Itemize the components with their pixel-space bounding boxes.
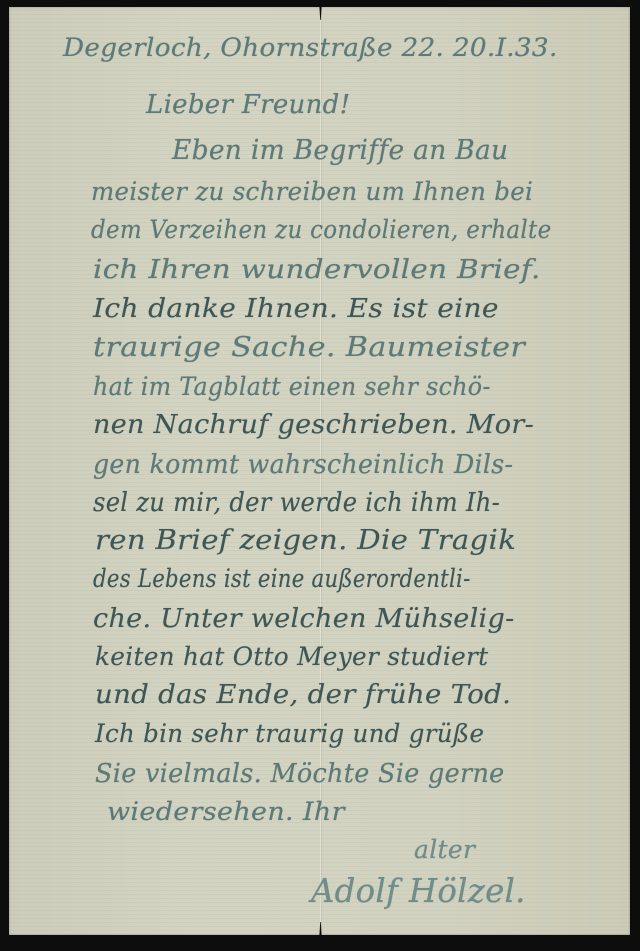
body-line: und das Ende, der frühe Tod. (95, 680, 511, 710)
body-line: nen Nachruf geschrieben. Mor- (93, 410, 534, 440)
body-line: hat im Tagblatt einen sehr schö- (93, 372, 491, 401)
letter-signature: Adolf Hölzel. (311, 871, 526, 910)
letter-header-place-date: Degerloch, Ohornstraße 22. 20.I.33. (63, 33, 558, 62)
body-line: dem Verzeihen zu condolieren, erhalte (91, 215, 551, 244)
body-line: Ich bin sehr traurig und grüße (95, 719, 484, 748)
body-line: keiten hat Otto Meyer studiert (95, 642, 488, 671)
body-line: che. Unter welchen Mühselig- (93, 604, 515, 634)
letter-closing: alter (414, 835, 475, 864)
body-line: Eben im Begriffe an Bau (172, 135, 508, 166)
scan-frame: Degerloch, Ohornstraße 22. 20.I.33. Lieb… (0, 0, 640, 951)
letter-salutation: Lieber Freund! (146, 90, 350, 120)
body-line: traurige Sache. Baumeister (93, 332, 525, 363)
body-line: des Lebens ist eine außerordentli- (93, 564, 471, 593)
body-line: meister zu schreiben um Ihnen bei (91, 177, 533, 206)
body-line: Ich danke Ihnen. Es ist eine (93, 294, 499, 324)
body-line: ich Ihren wundervollen Brief. (93, 255, 541, 285)
body-line: ren Brief zeigen. Die Tragik (95, 525, 516, 556)
body-line: gen kommt wahrscheinlich Dils- (93, 450, 513, 480)
body-line: Sie vielmals. Möchte Sie gerne (95, 759, 505, 789)
body-line: sel zu mir, der werde ich ihm Ih- (93, 488, 500, 518)
letter-paper: Degerloch, Ohornstraße 22. 20.I.33. Lieb… (9, 7, 630, 935)
body-line: wiedersehen. Ihr (107, 797, 345, 826)
